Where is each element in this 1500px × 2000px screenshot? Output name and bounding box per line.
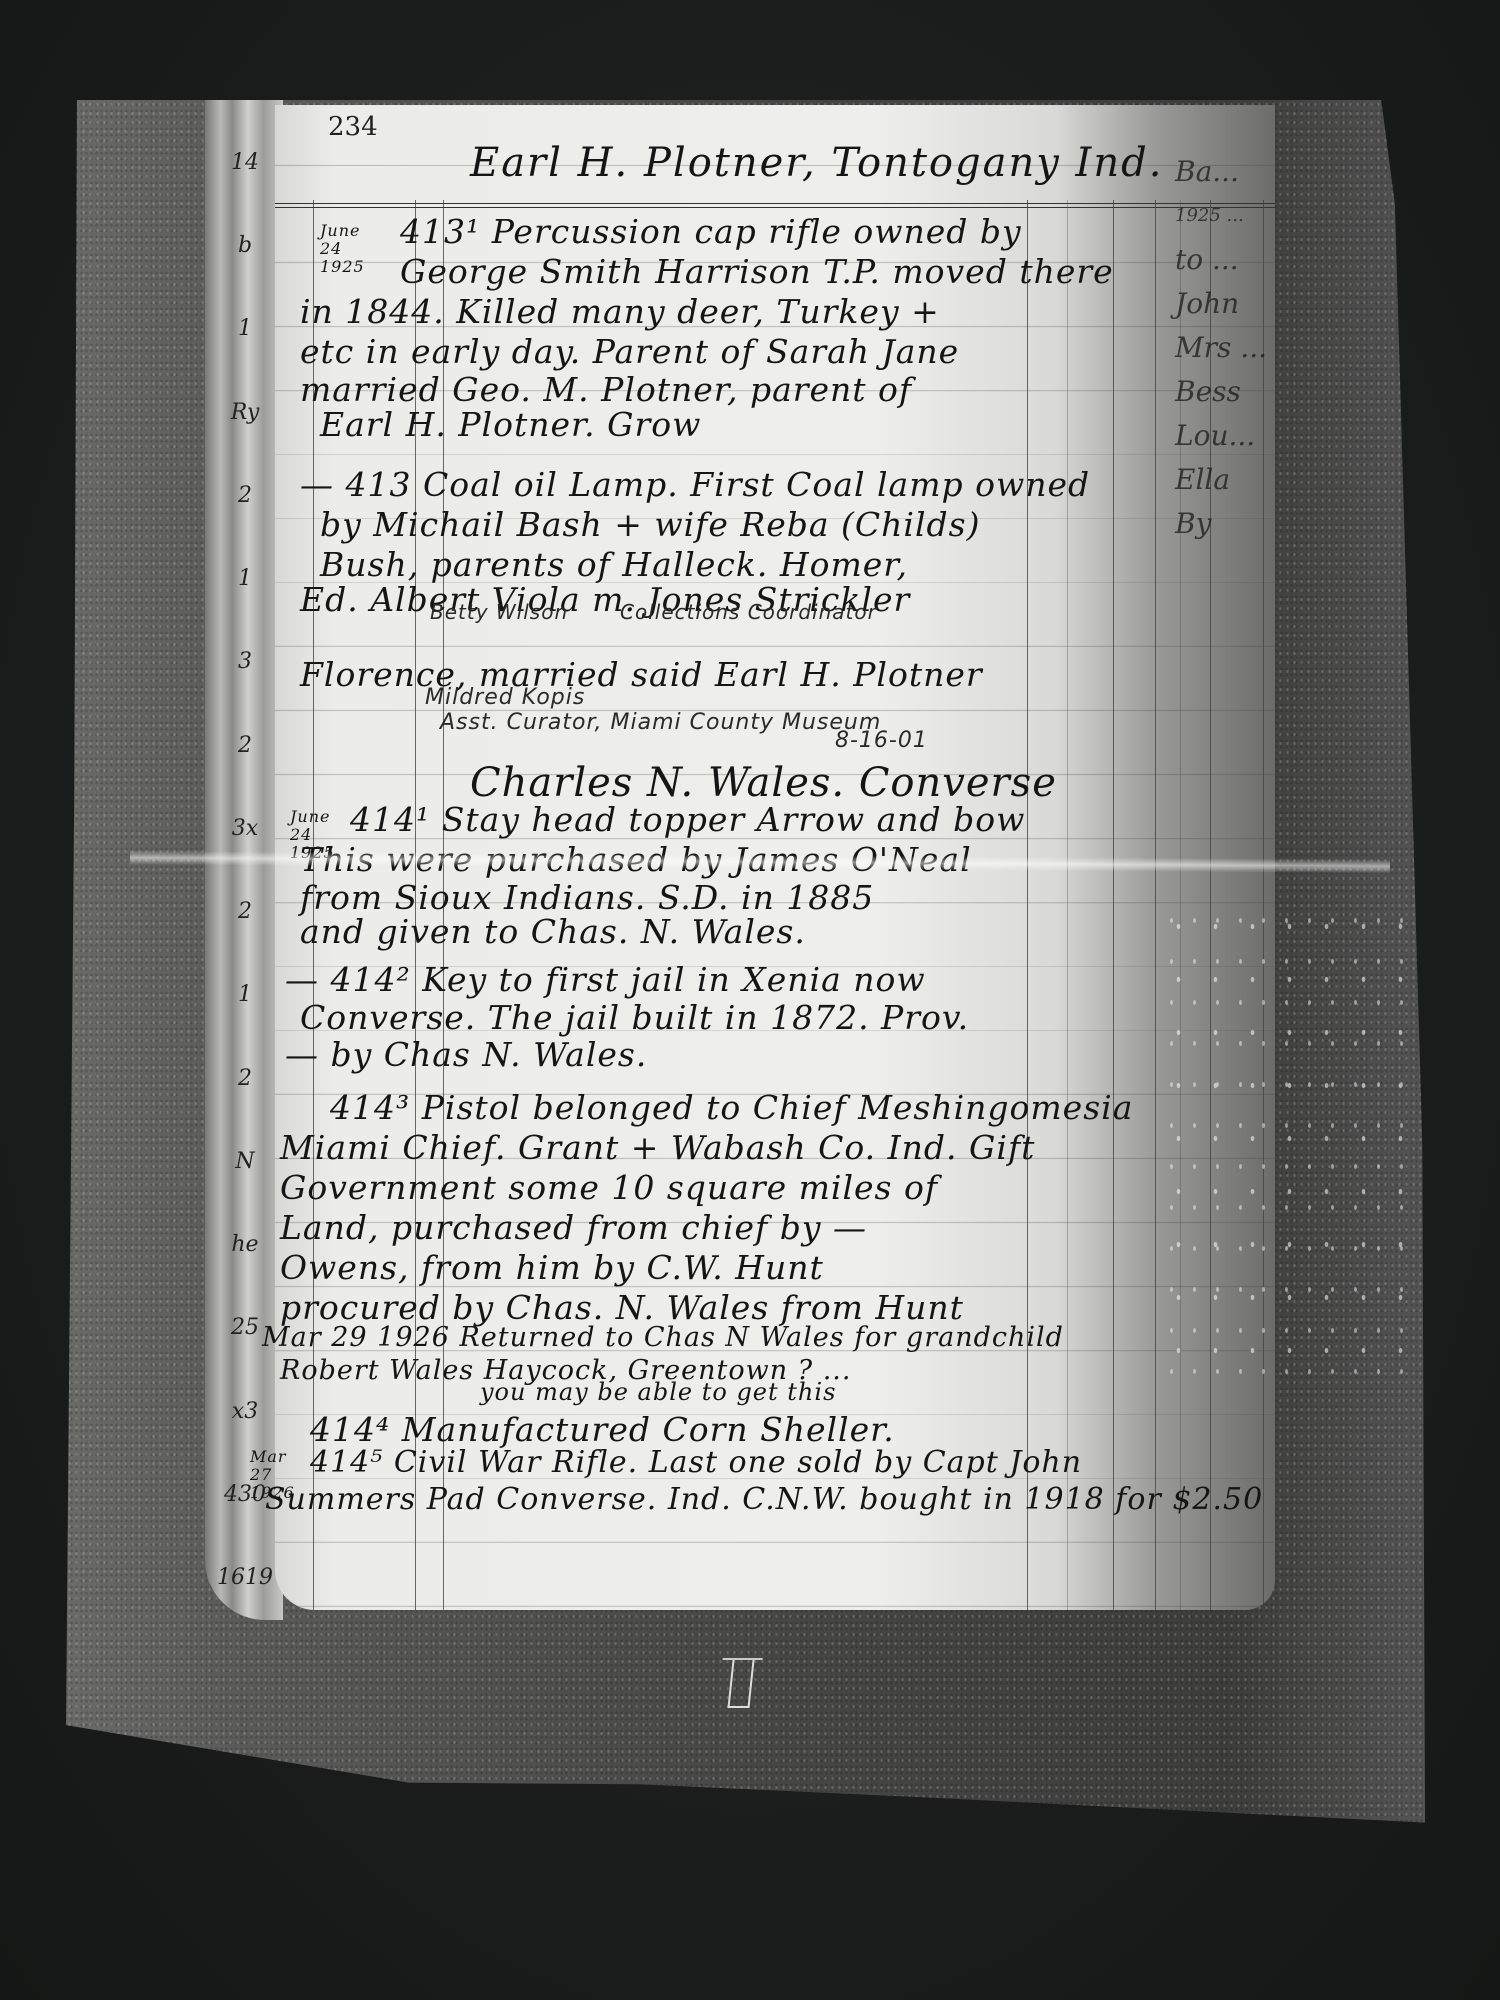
entry-line: — 414² Key to first jail in Xenia now	[285, 960, 926, 999]
margin-note: Lou...	[1175, 414, 1267, 458]
margin-mark: Ry	[231, 400, 260, 425]
entry-line: and given to Chas. N. Wales.	[300, 912, 806, 951]
margin-mark: 1	[238, 566, 252, 591]
margin-mark: 1	[238, 316, 252, 341]
entry-note: Mar 29 1926 Returned to Chas N Wales for…	[262, 1322, 1064, 1353]
entry-line: in 1844. Killed many deer, Turkey +	[300, 292, 940, 331]
entry-line: Converse. The jail built in 1872. Prov.	[300, 998, 969, 1037]
signature-name: Betty Wilson	[430, 600, 568, 624]
margin-mark: 1619	[217, 1565, 273, 1590]
margin-mark: 3	[238, 649, 252, 674]
left-margin-marks: 14 b 1 Ry 2 1 3 2 3x 2 1 2 N he 25 x3 43…	[210, 150, 280, 1590]
entry-line: Florence, married said Earl H. Plotner	[300, 655, 983, 694]
entry-line: 413¹ Percussion cap rifle owned by	[400, 212, 1022, 251]
column-rule	[1155, 200, 1156, 1610]
entry-line: 414¹ Stay head topper Arrow and bow	[350, 800, 1025, 839]
margin-mark: 2	[238, 899, 252, 924]
entry-line: Summers Pad Converse. Ind. C.N.W. bought…	[265, 1482, 1263, 1517]
margin-mark: 1	[238, 982, 252, 1007]
margin-note: By	[1175, 502, 1267, 546]
margin-note: Ba...	[1175, 150, 1267, 194]
margin-note: Ella	[1175, 458, 1267, 502]
entry-line: 414³ Pistol belonged to Chief Meshingome…	[330, 1088, 1133, 1127]
signature-date: 8-16-01	[835, 728, 928, 753]
entry-line: George Smith Harrison T.P. moved there	[400, 252, 1114, 291]
entry-line: 414⁵ Civil War Rifle. Last one sold by C…	[310, 1445, 1082, 1480]
margin-mark: 2	[238, 733, 252, 758]
column-rule	[1113, 200, 1114, 1610]
entry-line: married Geo. M. Plotner, parent of	[300, 370, 912, 409]
entry-line: — 413 Coal oil Lamp. First Coal lamp own…	[300, 465, 1090, 504]
margin-note: John	[1175, 282, 1267, 326]
entry-line: etc in early day. Parent of Sarah Jane	[300, 332, 959, 371]
entry-note: you may be able to get this	[480, 1378, 836, 1406]
margin-mark: x3	[232, 1399, 258, 1424]
margin-mark: N	[235, 1149, 254, 1174]
entry-line: — by Chas N. Wales.	[285, 1035, 647, 1074]
entry-date: June 24 1925	[320, 222, 380, 276]
margin-mark: 3x	[232, 816, 258, 841]
page-header-name: Earl H. Plotner, Tontogany Ind.	[470, 140, 1163, 186]
right-margin-notes: Ba... 1925 ... to ... John Mrs ... Bess …	[1175, 150, 1267, 546]
page-number: 234	[328, 112, 378, 142]
entry-line: 414⁴ Manufactured Corn Sheller.	[310, 1410, 895, 1449]
signature-name: Mildred Kopis	[425, 685, 585, 710]
photocopy-specks	[1160, 900, 1410, 1400]
margin-note: 1925 ...	[1175, 194, 1267, 238]
header-rule	[275, 203, 1275, 208]
column-rule	[1027, 200, 1028, 1610]
column-rule	[1067, 200, 1068, 1610]
signature-title: Collections Coordinator	[620, 600, 877, 624]
entry-line: Miami Chief. Grant + Wabash Co. Ind. Gif…	[280, 1128, 1035, 1167]
entry-line: Land, purchased from chief by —	[280, 1208, 867, 1247]
margin-note: Mrs ...	[1175, 326, 1267, 370]
entry-line: by Michail Bash + wife Reba (Childs)	[320, 505, 980, 544]
entry-line: Owens, from him by C.W. Hunt	[280, 1248, 824, 1287]
margin-note: Bess	[1175, 370, 1267, 414]
entry-line: Government some 10 square miles of	[280, 1168, 938, 1207]
margin-mark: he	[231, 1232, 258, 1257]
margin-mark: 14	[231, 150, 259, 175]
entry-line: Earl H. Plotner. Grow	[320, 405, 701, 444]
margin-mark: b	[238, 233, 252, 258]
entry-line: Bush, parents of Halleck. Homer,	[320, 545, 908, 584]
margin-mark: 25	[231, 1315, 259, 1340]
margin-mark: 2	[238, 1066, 252, 1091]
margin-mark: 2	[238, 483, 252, 508]
margin-note: to ...	[1175, 238, 1267, 282]
signature-title: Asst. Curator, Miami County Museum	[440, 710, 881, 735]
